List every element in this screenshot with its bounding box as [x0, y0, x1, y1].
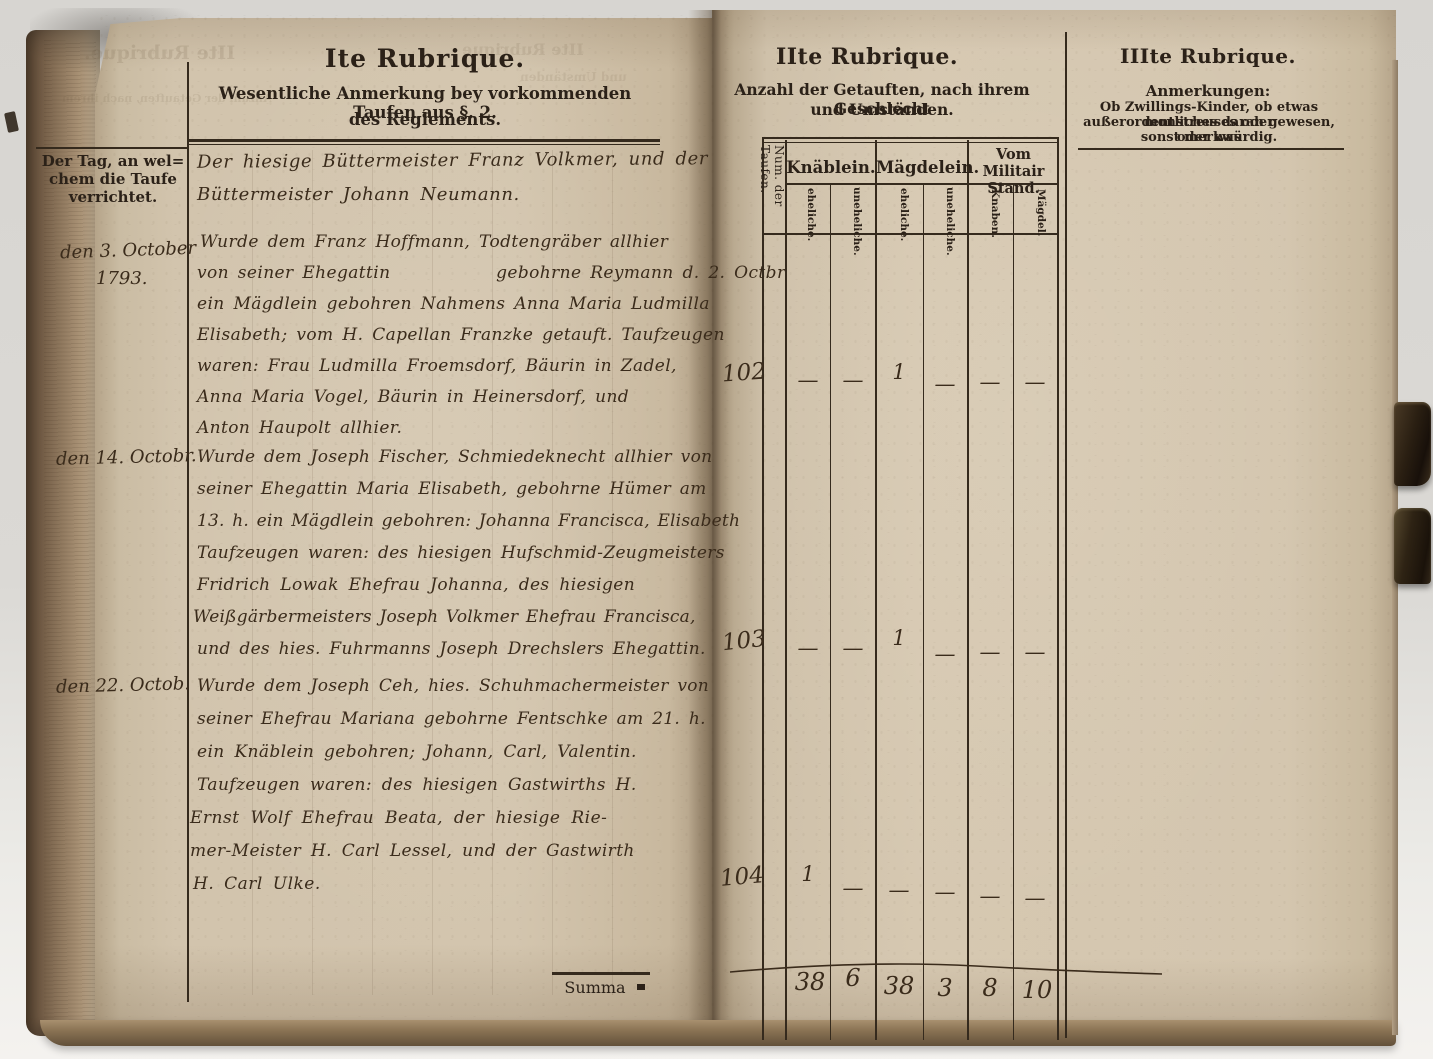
entry-line: Ernst Wolf Ehefrau Beata, der hiesige Ri…: [190, 808, 607, 828]
header-rule-2: [187, 144, 660, 145]
intro-line: Büttermeister Johann Neumann.: [197, 184, 520, 205]
cell-value: —: [922, 880, 968, 904]
entry-line: ein Mägdlein gebohren Nahmens Anna Maria…: [197, 294, 710, 314]
rubrique3-line: sonst merkwürdig.: [1066, 130, 1352, 145]
table-subcol-label: eheliche.: [890, 188, 910, 236]
summa-value: 6: [830, 964, 876, 992]
cell-value: —: [1012, 640, 1058, 664]
rubrique3-heading: Anmerkungen:: [1080, 82, 1336, 100]
cell-value: 1: [876, 626, 922, 650]
cell-value: —: [1012, 886, 1058, 910]
cell-value: —: [922, 642, 968, 666]
entry-line: Anton Haupolt allhier.: [197, 418, 402, 438]
entry-line: Taufzeugen waren: des hiesigen Hufschmid…: [197, 543, 725, 563]
grid-line: [830, 185, 831, 1040]
summa-value: 38: [876, 972, 922, 1000]
rubrique1-title: Ite Rubrique.: [190, 44, 660, 73]
table-subcol-label: Mägdel.: [1027, 189, 1047, 237]
entry-line: Weißgärbermeisters Joseph Volkmer Ehefra…: [193, 607, 696, 627]
spine-pin: [4, 111, 19, 133]
baptism-register-photo: IIte Rubrique. Anzahl der Getauften, nac…: [0, 0, 1433, 1059]
table-group-label: Mägdelein.: [876, 158, 968, 177]
cell-value: —: [830, 368, 876, 392]
grid-line: [1013, 185, 1014, 1040]
grid-line: [875, 140, 877, 1040]
table-top-rule: [762, 137, 1058, 139]
summa-tick: [637, 984, 645, 990]
num-column-header: Num. der Taufen.: [760, 145, 786, 235]
grid-line: [762, 137, 764, 1040]
rubrique2-title: IIte Rubrique.: [742, 44, 992, 70]
table-subcol-label: uneheliche.: [936, 187, 956, 235]
date-column-header-line1: Der Tag, an wel=: [40, 152, 186, 170]
entry-line: Elisabeth; vom H. Capellan Franzke getau…: [197, 325, 725, 345]
entry-line: ein Knäblein gebohren; Johann, Carl, Val…: [197, 742, 637, 762]
cell-value: —: [922, 372, 968, 396]
entry-line: Wurde dem Franz Hoffmann, Todtengräber a…: [200, 232, 668, 252]
cell-value: —: [1012, 370, 1058, 394]
entry-line: waren: Frau Ludmilla Froemsdorf, Bäurin …: [197, 356, 677, 376]
entry-line: Anna Maria Vogel, Bäurin in Heinersdorf,…: [197, 387, 629, 407]
rubrique1-subtitle-line2: des Reglements.: [187, 110, 663, 129]
entry-line: mer-Meister H. Carl Lessel, und der Gast…: [190, 841, 635, 861]
row-num: 103: [721, 626, 767, 656]
table-subcol-label: Knaben.: [981, 189, 1001, 237]
rubrique2-subtitle-line2: und Umständen.: [722, 100, 1042, 119]
clasp-bottom: [1394, 508, 1431, 584]
table-subcol-label: eheliche.: [797, 188, 817, 236]
cell-value: —: [785, 636, 831, 660]
header-rule: [187, 139, 660, 142]
entry-date: den 14. Octobr.: [56, 445, 197, 470]
cell-value: —: [967, 370, 1013, 394]
cell-value: 1: [785, 862, 831, 886]
summa-rule: [552, 972, 650, 975]
cell-value: —: [967, 640, 1013, 664]
summa-value: 38: [787, 968, 833, 996]
summa-label: Summa: [552, 978, 638, 997]
grid-line: [785, 140, 787, 1040]
entry-line: Taufzeugen waren: des hiesigen Gastwirth…: [197, 775, 637, 795]
entry-line: Wurde dem Joseph Ceh, hies. Schuhmacherm…: [197, 676, 709, 696]
date-column-header-line2: chem die Taufe: [40, 170, 186, 188]
rubrique3-title: IIIte Rubrique.: [1080, 44, 1336, 68]
date-column-divider: [187, 62, 189, 1002]
summa-value: 10: [1014, 976, 1060, 1004]
grid-line: [923, 185, 924, 1040]
cell-value: —: [967, 884, 1013, 908]
entry-line: Fridrich Lowak Ehefrau Johanna, des hies…: [197, 575, 635, 595]
cell-value: —: [830, 636, 876, 660]
date-cell-rule: [36, 147, 187, 149]
entry-line: 13. h. ein Mägdlein gebohren: Johanna Fr…: [197, 511, 740, 531]
bottom-page-stack: [40, 1020, 1396, 1046]
cell-value: —: [785, 368, 831, 392]
intro-line: Der hiesige Büttermeister Franz Volkmer,…: [197, 148, 708, 173]
table-subcol-label: uneheliche.: [843, 187, 863, 235]
date-column-header-line3: verrichtet.: [40, 188, 186, 206]
summa-value: 3: [922, 974, 968, 1002]
cell-value: 1: [876, 360, 922, 384]
entry-date: 1793.: [96, 268, 148, 289]
entry-line: seiner Ehegattin Maria Elisabeth, gebohr…: [197, 479, 707, 499]
cell-value: —: [876, 878, 922, 902]
entry-line: Wurde dem Joseph Fischer, Schmiedeknecht…: [197, 447, 712, 467]
summa-value: 8: [967, 974, 1013, 1002]
row-num: 104: [719, 862, 765, 892]
rubrique3-underline: [1078, 148, 1344, 150]
row-num: 102: [721, 359, 767, 388]
table-group-label: Knäblein.: [786, 158, 876, 177]
cell-value: —: [830, 876, 876, 900]
clasp-top: [1394, 402, 1431, 486]
entry-line: und des hies. Fuhrmanns Joseph Drechsler…: [197, 639, 706, 659]
rubrique3-divider: [1065, 32, 1067, 1038]
entry-line: von seiner Ehegattin gebohrne Reymann d.…: [197, 263, 785, 283]
table-top-rule-2: [762, 142, 1058, 143]
entry-line: seiner Ehefrau Mariana gebohrne Fentschk…: [197, 709, 706, 729]
entry-line: H. Carl Ulke.: [193, 874, 321, 894]
entry-date: den 22. Octob.: [56, 673, 191, 698]
